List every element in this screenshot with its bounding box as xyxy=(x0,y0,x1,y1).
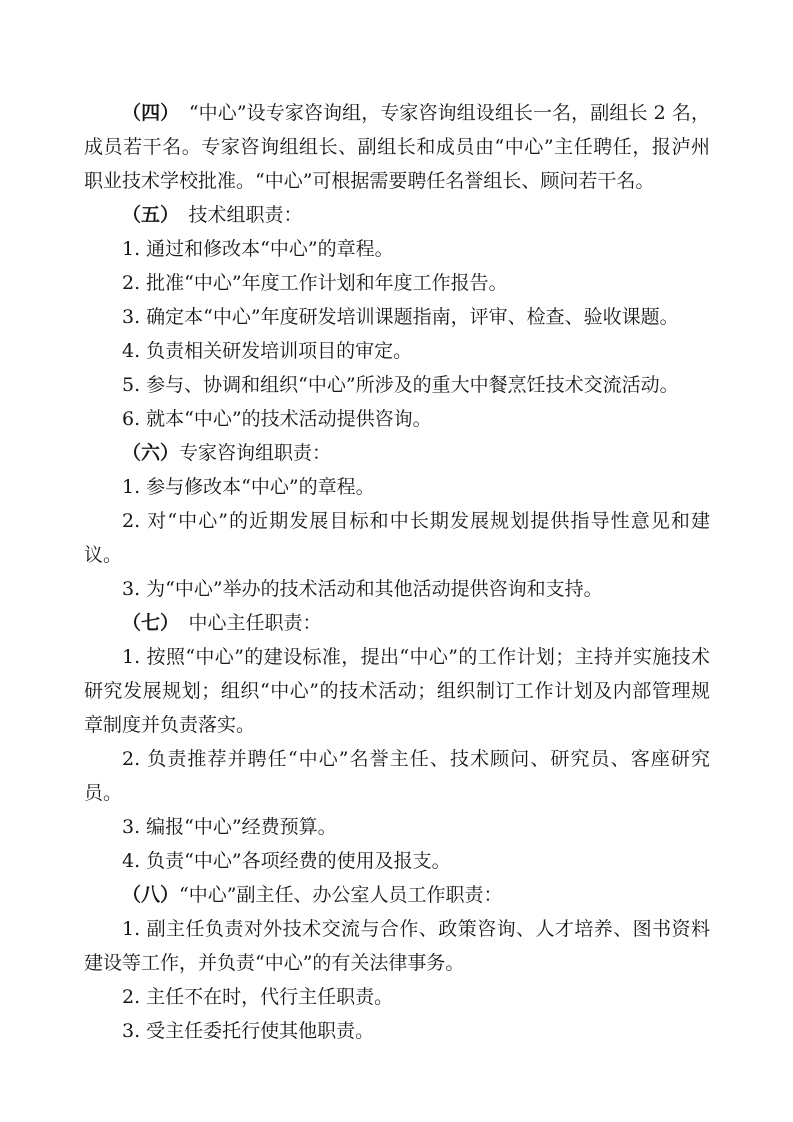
paragraph: 5. 参与、协调和组织“中心”所涉及的重大中餐烹饪技术交流活动。 xyxy=(84,368,710,402)
paragraph-text: 3. 受主任委托行使其他职责。 xyxy=(122,1020,374,1042)
paragraph: 1. 通过和修改本“中心”的章程。 xyxy=(84,232,710,266)
paragraph-text: 1. 副主任负责对外技术交流与合作、政策咨询、人才培养、图书资料建设等工作，并负… xyxy=(84,918,710,974)
paragraph: 1. 副主任负责对外技术交流与合作、政策咨询、人才培养、图书资料建设等工作，并负… xyxy=(84,912,710,980)
paragraph: （五） 技术组职责： xyxy=(84,198,710,232)
paragraph-text: 2. 对“中心”的近期发展目标和中长期发展规划提供指导性意见和建议。 xyxy=(84,510,710,566)
section-marker: （六） xyxy=(122,442,179,464)
paragraph-text: 3. 为“中心”举办的技术活动和其他活动提供咨询和支持。 xyxy=(122,578,603,600)
paragraph-text: 中心主任职责： xyxy=(170,612,322,634)
paragraph: 4. 负责“中心”各项经费的使用及报支。 xyxy=(84,844,710,878)
paragraph-text: 2. 负责推荐并聘任“中心”名誉主任、技术顾问、研究员、客座研究员。 xyxy=(84,748,710,804)
paragraph-text: 1. 参与修改本“中心”的章程。 xyxy=(122,476,375,498)
paragraph-text: 2. 批准“中心”年度工作计划和年度工作报告。 xyxy=(122,272,508,294)
paragraph-text: 4. 负责相关研发培训项目的审定。 xyxy=(122,340,412,362)
section-marker: （四） xyxy=(122,102,170,124)
paragraph-text: 专家咨询组职责： xyxy=(179,442,331,464)
paragraph: 3. 为“中心”举办的技术活动和其他活动提供咨询和支持。 xyxy=(84,572,710,606)
paragraph-text: 1. 按照“中心”的建设标准，提出“中心”的工作计划；主持并实施技术研究发展规划… xyxy=(84,646,710,736)
paragraph: 3. 确定本“中心”年度研发培训课题指南，评审、检查、验收课题。 xyxy=(84,300,710,334)
paragraph-text: 5. 参与、协调和组织“中心”所涉及的重大中餐烹饪技术交流活动。 xyxy=(122,374,679,396)
section-marker: （五） xyxy=(122,204,170,226)
paragraph: （六）专家咨询组职责： xyxy=(84,436,710,470)
paragraph: 2. 批准“中心”年度工作计划和年度工作报告。 xyxy=(84,266,710,300)
paragraph: （八）“中心”副主任、办公室人员工作职责： xyxy=(84,878,710,912)
section-marker: （八） xyxy=(122,884,179,906)
paragraph-text: 6. 就本“中心”的技术活动提供咨询。 xyxy=(122,408,432,430)
paragraph: （四） “中心”设专家咨询组，专家咨询组设组长一名，副组长 2 名，成员若干名。… xyxy=(84,96,710,198)
paragraph-text: 1. 通过和修改本“中心”的章程。 xyxy=(122,238,394,260)
paragraph-text: “中心”设专家咨询组，专家咨询组设组长一名，副组长 2 名，成员若干名。专家咨询… xyxy=(84,102,710,192)
section-marker: （七） xyxy=(122,612,170,634)
paragraph: 3. 编报“中心”经费预算。 xyxy=(84,810,710,844)
paragraph-text: 3. 编报“中心”经费预算。 xyxy=(122,816,337,838)
paragraph: 2. 主任不在时，代行主任职责。 xyxy=(84,980,710,1014)
paragraph: 2. 对“中心”的近期发展目标和中长期发展规划提供指导性意见和建议。 xyxy=(84,504,710,572)
paragraph: （七） 中心主任职责： xyxy=(84,606,710,640)
paragraph-text: 4. 负责“中心”各项经费的使用及报支。 xyxy=(122,850,451,872)
paragraph-text: 3. 确定本“中心”年度研发培训课题指南，评审、检查、验收课题。 xyxy=(122,306,679,328)
paragraph: 6. 就本“中心”的技术活动提供咨询。 xyxy=(84,402,710,436)
paragraph: 3. 受主任委托行使其他职责。 xyxy=(84,1014,710,1048)
paragraph: 1. 按照“中心”的建设标准，提出“中心”的工作计划；主持并实施技术研究发展规划… xyxy=(84,640,710,742)
paragraph-text: 技术组职责： xyxy=(170,204,303,226)
paragraph-text: 2. 主任不在时，代行主任职责。 xyxy=(122,986,393,1008)
document-page: （四） “中心”设专家咨询组，专家咨询组设组长一名，副组长 2 名，成员若干名。… xyxy=(0,0,793,1122)
paragraph: 1. 参与修改本“中心”的章程。 xyxy=(84,470,710,504)
paragraph-text: “中心”副主任、办公室人员工作职责： xyxy=(179,884,502,906)
paragraph: 4. 负责相关研发培训项目的审定。 xyxy=(84,334,710,368)
paragraph: 2. 负责推荐并聘任“中心”名誉主任、技术顾问、研究员、客座研究员。 xyxy=(84,742,710,810)
